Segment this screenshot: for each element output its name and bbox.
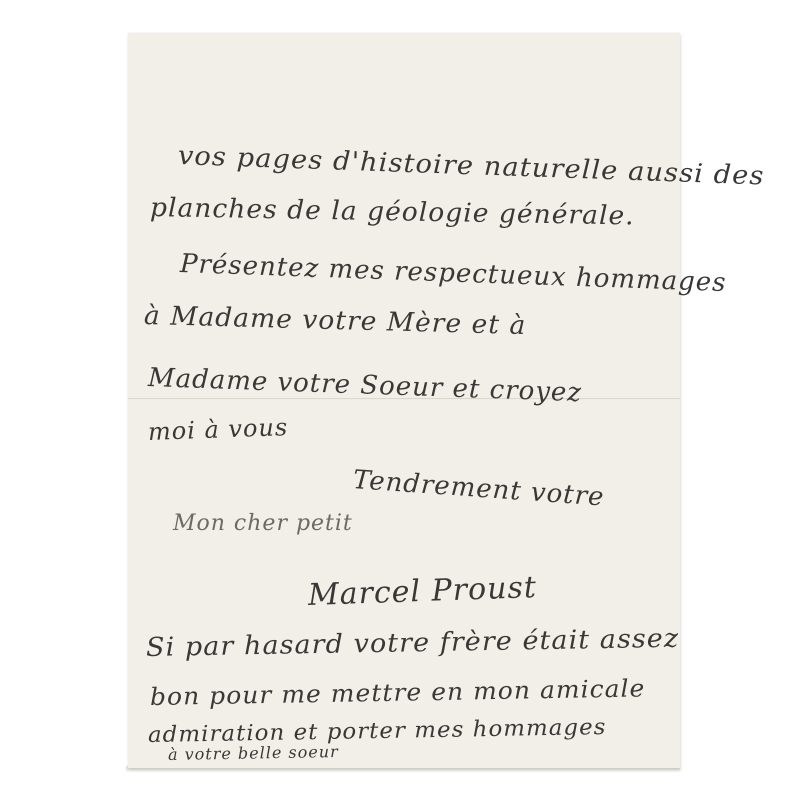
letter-sheet: vos pages d'histoire naturelle aussi des… xyxy=(128,33,680,768)
postscript-line: bon pour me mettre en mon amicale xyxy=(150,674,646,711)
letter-line: Madame votre Soeur et croyez xyxy=(147,363,582,408)
letter-line: Présentez mes respectueux hommages xyxy=(179,249,727,298)
letter-line: à Madame votre Mère et à xyxy=(144,301,527,341)
postscript-line: à votre belle soeur xyxy=(168,742,339,764)
salutation-line: Mon cher petit xyxy=(173,511,353,536)
letter-line: planches de la géologie générale. xyxy=(150,193,635,231)
letter-line: moi à vous xyxy=(148,413,289,446)
postscript-line: admiration et porter mes hommages xyxy=(148,715,607,748)
signature: Marcel Proust xyxy=(307,570,537,613)
postscript-line: Si par hasard votre frère était assez xyxy=(146,624,680,663)
closing-line: Tendrement votre xyxy=(352,465,606,513)
page-background: vos pages d'histoire naturelle aussi des… xyxy=(0,0,800,800)
letter-line: vos pages d'histoire naturelle aussi des xyxy=(177,141,764,191)
